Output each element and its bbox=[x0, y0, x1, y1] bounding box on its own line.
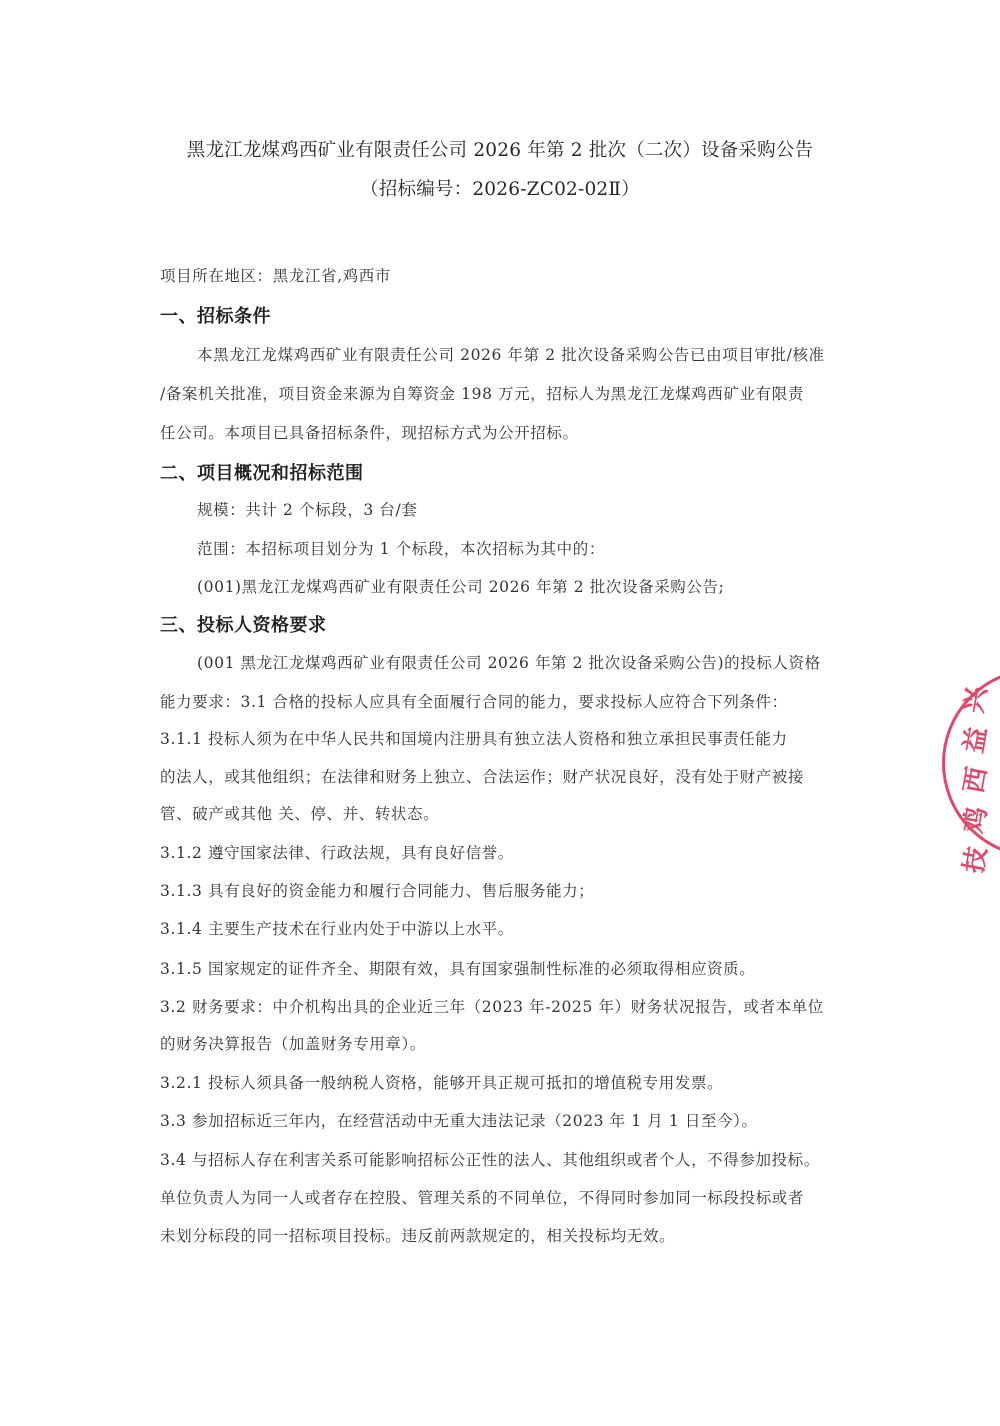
section-heading-bidding-conditions: 一、招标条件 bbox=[160, 302, 271, 328]
paragraph-line: 3.2.1 投标人须具备一般纳税人资格，能够开具正规可抵扣的增值税专用发票。 bbox=[160, 1071, 850, 1093]
document-page: 黑龙江龙煤鸡西矿业有限责任公司 2026 年第 2 批次（二次）设备采购公告 （… bbox=[0, 0, 1000, 1426]
paragraph-line: 3.1.2 遵守国家法律、行政法规，具有良好信誉。 bbox=[160, 841, 850, 863]
seal-char: 技 bbox=[952, 833, 1000, 887]
paragraph-line: 3.1.5 国家规定的证件齐全、期限有效，具有国家强制性标准的必须取得相应资质。 bbox=[160, 957, 850, 979]
document-title: 黑龙江龙煤鸡西矿业有限责任公司 2026 年第 2 批次（二次）设备采购公告 bbox=[0, 136, 1000, 162]
section-heading-project-overview: 二、项目概况和招标范围 bbox=[160, 459, 364, 485]
paragraph-line: 3.3 参加招标近三年内，在经营活动中无重大违法记录（2023 年 1 月 1 … bbox=[160, 1109, 850, 1131]
paragraph-line: 单位负责人为同一人或者存在控股、管理关系的不同单位，不得同时参加同一标段投标或者 bbox=[160, 1186, 850, 1208]
paragraph-line: 能力要求：3.1 合格的投标人应具有全面履行合同的能力，要求投标人应符合下列条件… bbox=[160, 690, 850, 712]
paragraph-line: 的财务决算报告（加盖财务专用章）。 bbox=[160, 1032, 850, 1054]
paragraph-line: 未划分标段的同一招标项目投标。违反前两款规定的，相关投标均无效。 bbox=[160, 1224, 850, 1246]
paragraph-line: 的法人，或其他组织；在法律和财务上独立、合法运作；财产状况良好，没有处于财产被接 bbox=[160, 765, 850, 787]
paragraph-line: 3.2 财务要求：中介机构出具的企业近三年（2023 年-2025 年）财务状况… bbox=[160, 995, 850, 1017]
paragraph-line: 3.4 与招标人存在利害关系可能影响招标公正性的法人、其他组织或者个人，不得参加… bbox=[160, 1148, 850, 1170]
paragraph-line: /备案机关批准，项目资金来源为自筹资金 198 万元，招标人为黑龙江龙煤鸡西矿业… bbox=[160, 382, 850, 404]
paragraph-line: 3.1.1 投标人须为在中华人民共和国境内注册具有独立法人资格和独立承担民事责任… bbox=[160, 727, 850, 749]
paragraph-line: 管、破产或其他 关、停、并、转状态。 bbox=[160, 802, 850, 824]
paragraph-line: 任公司。本项目已具备招标条件，现招标方式为公开招标。 bbox=[160, 421, 850, 443]
paragraph-line: 规模：共计 2 个标段，3 台/套 bbox=[197, 498, 887, 520]
project-location: 项目所在地区：黑龙江省,鸡西市 bbox=[160, 264, 850, 286]
bid-number: （招标编号：2026-ZC02-02Ⅱ） bbox=[0, 175, 1000, 201]
paragraph-line: (001 黑龙江龙煤鸡西矿业有限责任公司 2026 年第 2 批次设备采购公告)… bbox=[197, 651, 847, 673]
paragraph-line: 3.1.4 主要生产技术在行业内处于中游以上水平。 bbox=[160, 917, 850, 939]
section-heading-bidder-qualifications: 三、投标人资格要求 bbox=[160, 611, 327, 637]
paragraph-line: (001)黑龙江龙煤鸡西矿业有限责任公司 2026 年第 2 批次设备采购公告; bbox=[197, 575, 887, 597]
paragraph-line: 范围：本招标项目划分为 1 个标段，本次招标为其中的： bbox=[197, 537, 887, 559]
paragraph-line: 3.1.3 具有良好的资金能力和履行合同能力、售后服务能力； bbox=[160, 879, 850, 901]
seal-characters: 兴 益 西 鸡 技 bbox=[952, 680, 1000, 880]
paragraph-line: 本黑龙江龙煤鸡西矿业有限责任公司 2026 年第 2 批次设备采购公告已由项目审… bbox=[197, 343, 847, 365]
